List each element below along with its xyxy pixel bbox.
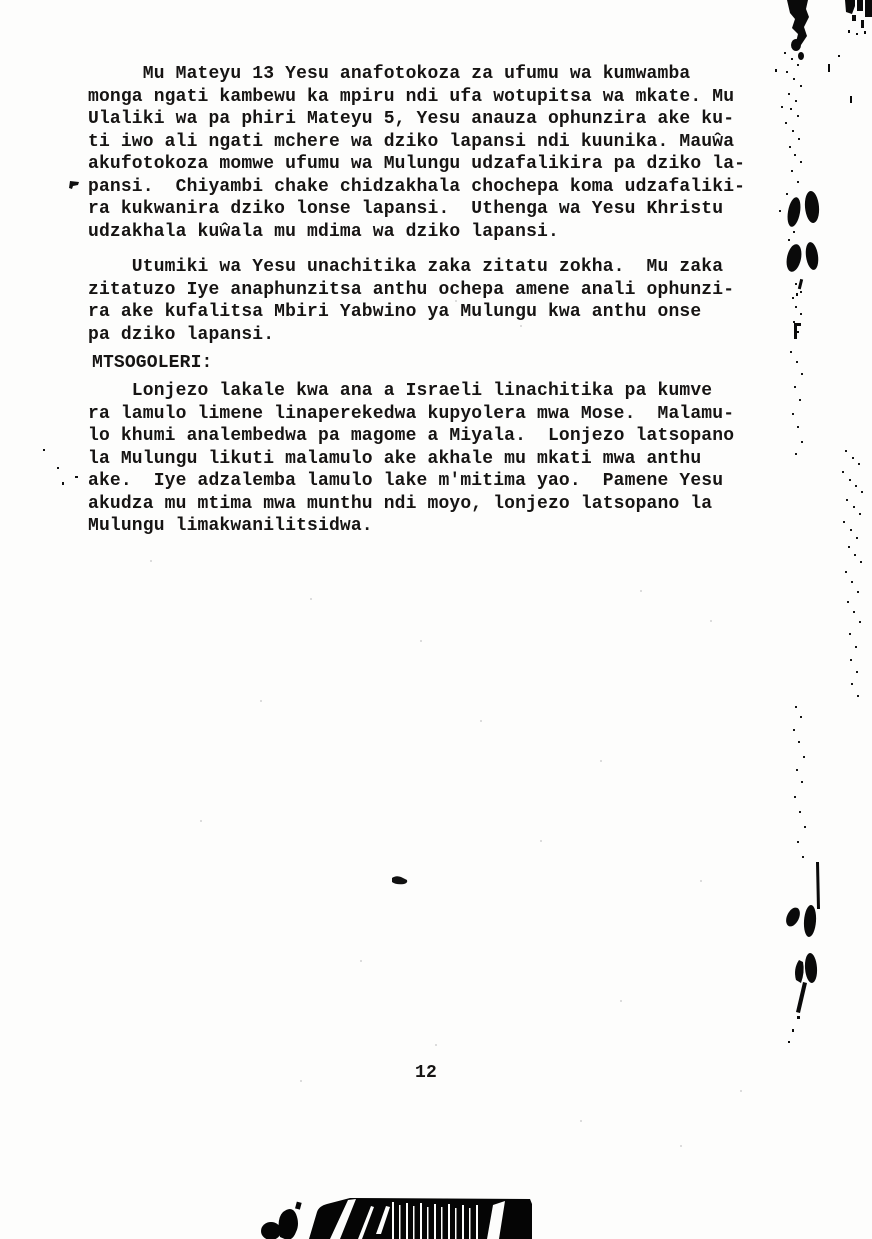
right-margin-blots-lower-icon — [783, 862, 820, 1043]
top-right-smudge-icon — [787, 0, 809, 60]
paragraph-matthew13: Mu Mateyu 13 Yesu anafotokoza za ufumu w… — [88, 63, 745, 243]
section-heading: MTSOGOLERI: — [92, 352, 212, 375]
paragraph-promise: Lonjezo lakale kwa ana a Israeli linachi… — [88, 380, 734, 538]
scanned-page: Mu Mateyu 13 Yesu anafotokoza za ufumu w… — [0, 0, 872, 1239]
bottom-ink-blot-icon — [261, 1198, 532, 1239]
paragraph-ministry: Utumiki wa Yesu unachitika zaka zitatu z… — [88, 256, 734, 346]
scan-speckles-icon — [779, 52, 863, 858]
corner-ink-marks-icon — [775, 0, 872, 103]
page-number: 12 — [415, 1062, 437, 1085]
right-margin-blots-upper-icon — [784, 190, 820, 339]
bottom-ink-blot-highlights-icon — [330, 1199, 505, 1239]
